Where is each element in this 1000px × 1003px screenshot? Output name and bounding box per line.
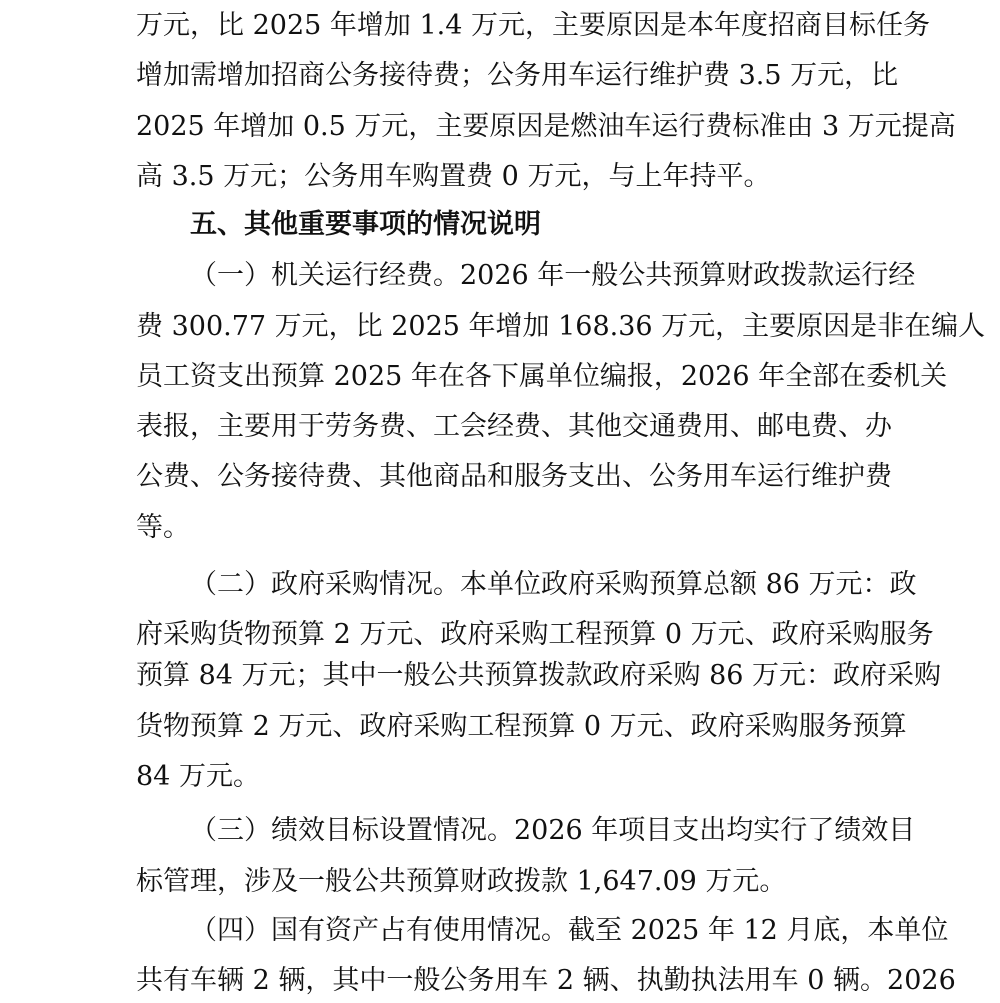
paragraph-line: 府采购货物预算 2 万元、政府采购工程预算 0 万元、政府采购服务 xyxy=(136,615,878,655)
paragraph-line: 2025 年增加 0.5 万元，主要原因是燃油车运行费标准由 3 万元提高 xyxy=(136,107,878,147)
paragraph-line: 预算 84 万元；其中一般公共预算拨款政府采购 86 万元：政府采购 xyxy=(136,656,878,696)
paragraph-line: 万元，比 2025 年增加 1.4 万元，主要原因是本年度招商目标任务 xyxy=(136,6,878,46)
paragraph-line: （四）国有资产占有使用情况。截至 2025 年 12 月底，本单位 xyxy=(190,911,878,951)
paragraph-line: 标管理，涉及一般公共预算财政拨款 1,647.09 万元。 xyxy=(136,862,878,902)
paragraph-line: 员工资支出预算 2025 年在各下属单位编报，2026 年全部在委机关 xyxy=(136,357,878,397)
paragraph-line: 高 3.5 万元；公务用车购置费 0 万元，与上年持平。 xyxy=(136,157,878,197)
paragraph-line: （一）机关运行经费。2026 年一般公共预算财政拨款运行经 xyxy=(190,256,878,296)
paragraph-line: 84 万元。 xyxy=(136,757,878,797)
section-heading: 五、其他重要事项的情况说明 xyxy=(190,205,878,245)
paragraph-line: 费 300.77 万元，比 2025 年增加 168.36 万元，主要原因是非在… xyxy=(136,307,878,347)
paragraph-line: 共有车辆 2 辆，其中一般公务用车 2 辆、执勤执法用车 0 辆。2026 xyxy=(136,961,878,1001)
paragraph-line: 等。 xyxy=(136,508,878,548)
paragraph-line: 公费、公务接待费、其他商品和服务支出、公务用车运行维护费 xyxy=(136,457,878,497)
paragraph-line: 货物预算 2 万元、政府采购工程预算 0 万元、政府采购服务预算 xyxy=(136,707,878,747)
paragraph-line: （二）政府采购情况。本单位政府采购预算总额 86 万元：政 xyxy=(190,565,878,605)
paragraph-line: 增加需增加招商公务接待费；公务用车运行维护费 3.5 万元，比 xyxy=(136,56,878,96)
paragraph-line: 表报，主要用于劳务费、工会经费、其他交通费用、邮电费、办 xyxy=(136,407,878,447)
paragraph-line: （三）绩效目标设置情况。2026 年项目支出均实行了绩效目 xyxy=(190,811,878,851)
